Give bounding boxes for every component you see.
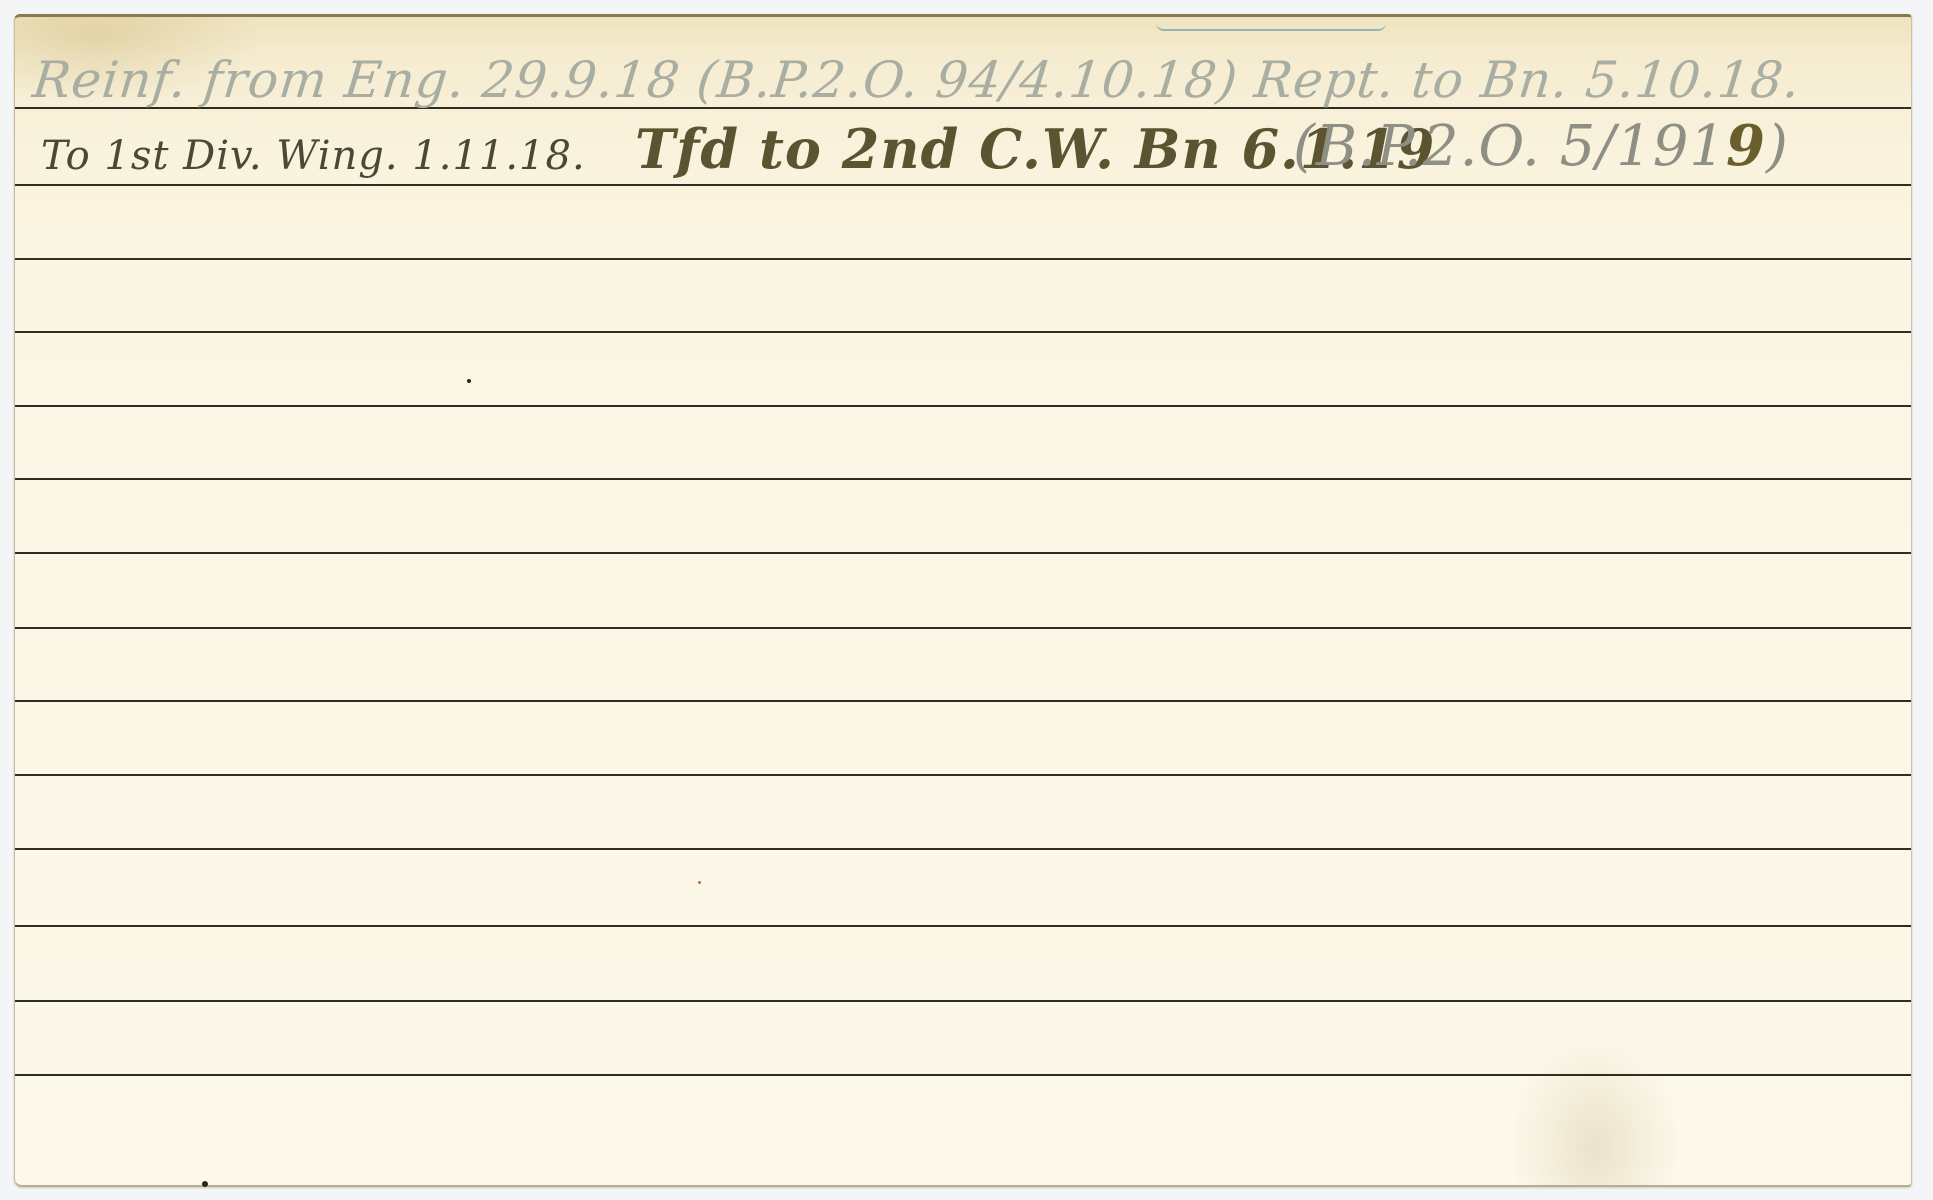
ruled-line	[15, 478, 1911, 480]
ink-speck	[202, 1181, 208, 1187]
ruled-line	[15, 774, 1911, 776]
entry-reinforcement-pencil: Reinf. from Eng. 29.9.18 (B.P.2.O. 94/4.…	[30, 51, 1804, 109]
ink-speck	[698, 881, 701, 884]
bp-reference-text: (B.P.2.O. 5/191	[1293, 114, 1726, 179]
bp-reference-last-digit: 9	[1726, 113, 1766, 179]
ruled-line	[15, 700, 1911, 702]
ruled-line	[15, 1000, 1911, 1002]
bp-reference-close: )	[1766, 114, 1789, 179]
ruled-line	[15, 1074, 1911, 1076]
ruled-line	[15, 258, 1911, 260]
ruled-line	[15, 331, 1911, 333]
ruled-line	[15, 848, 1911, 850]
ruled-line	[15, 184, 1911, 186]
blue-pencil-mark	[1156, 23, 1386, 31]
ruled-line	[15, 925, 1911, 927]
ruled-line	[15, 627, 1911, 629]
entry-bp-reference: (B.P.2.O. 5/1919)	[1293, 113, 1789, 179]
ruled-line	[15, 405, 1911, 407]
ink-speck	[467, 379, 471, 383]
entry-to-division-wing: To 1st Div. Wing. 1.11.18.	[41, 133, 586, 179]
record-card: Reinf. from Eng. 29.9.18 (B.P.2.O. 94/4.…	[14, 14, 1912, 1187]
ruled-line	[15, 552, 1911, 554]
